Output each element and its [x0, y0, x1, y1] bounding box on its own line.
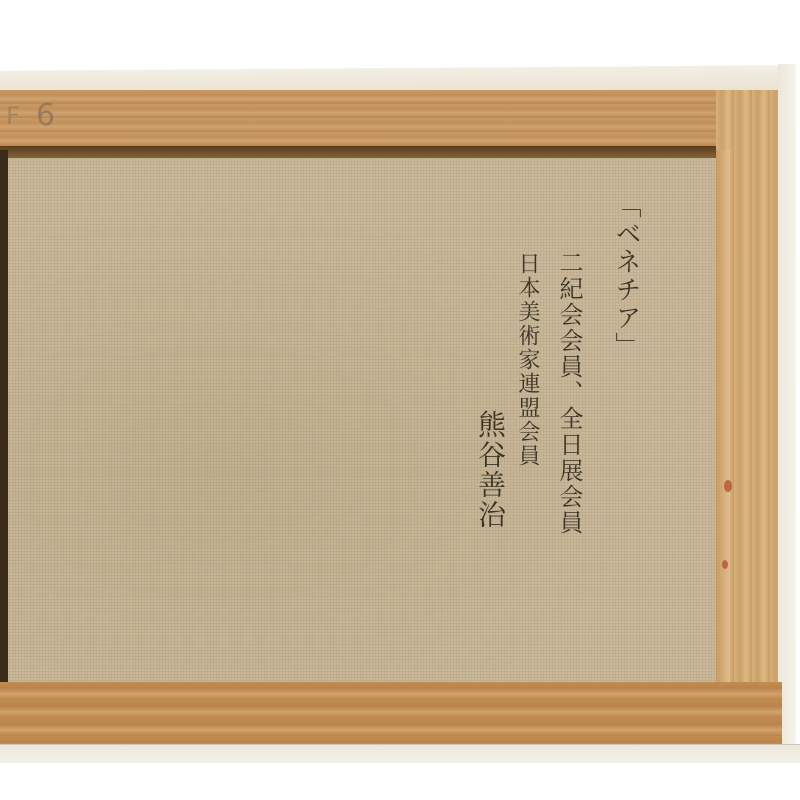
- canvas-edge-bottom: [0, 744, 800, 763]
- artist-signature: 熊谷善治: [470, 410, 510, 530]
- paint-stain: [724, 480, 732, 492]
- canvas-size-prefix: F: [6, 102, 20, 130]
- canvas-size-number: 6: [36, 98, 55, 133]
- inscription-title: 「ベネチア」: [608, 192, 645, 360]
- stretcher-bar-top: [0, 90, 730, 148]
- paint-stain: [722, 560, 728, 569]
- canvas-back-photo: F 6 「ベネチア」 二紀会会員、全日展会員 日本美術家連盟会員 熊谷善治: [0, 0, 800, 800]
- inscription-affiliation-1: 二紀会会員、全日展会員: [552, 250, 587, 536]
- left-frame-shadow: [0, 150, 8, 690]
- stretcher-bar-bottom: [0, 682, 782, 746]
- inscription-affiliation-2: 日本美術家連盟会員: [512, 252, 543, 468]
- stretcher-bar-right-bevel: [716, 150, 730, 690]
- canvas-edge-right: [778, 64, 796, 754]
